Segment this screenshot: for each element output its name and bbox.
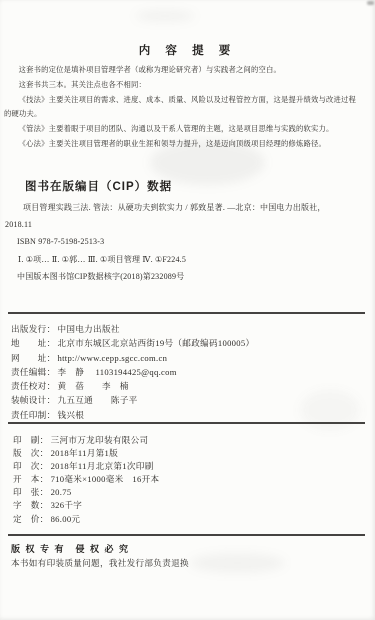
divider	[8, 422, 365, 424]
summary-paragraph: 《心法》主要关注项目管理者的职业生涯和领导力提升，这是迈向顶级项目经理的修炼路径…	[4, 137, 356, 152]
row-value: 86.00元	[51, 514, 81, 524]
row-label: 印 张：	[13, 487, 49, 497]
row-label: 责任印制：	[11, 410, 55, 420]
publisher-row: 责任编辑：李 静 1103194425@qq.com	[11, 365, 367, 379]
summary-paragraph: 《技法》主要关注项目的需求、进度、成本、质量、风险以及过程管控方面，这是提升绩效…	[4, 93, 356, 123]
row-label: 印 刷：	[13, 435, 49, 445]
summary-paragraph: 这套书的定位是填补项目管理学者（或称为理论研究者）与实践者之间的空白。	[4, 63, 356, 78]
row-value: 北京市东城区北京站西街19号（邮政编码100005）	[57, 338, 254, 348]
printing-row: 版 次：2018年11月第1版	[13, 447, 367, 460]
row-value: 中国电力出版社	[57, 324, 119, 334]
publisher-info-section: 出版发行：中国电力出版社 地 址：北京市东城区北京站西街19号（邮政编码1000…	[11, 322, 367, 422]
row-label: 版 次：	[13, 448, 49, 458]
printing-info-section: 印 刷：三河市万龙印装有限公司 版 次：2018年11月第1版 印 次：2018…	[13, 434, 367, 526]
content-summary-section: 这套书的定位是填补项目管理学者（或称为理论研究者）与实践者之间的空白。 这套书共…	[4, 63, 356, 152]
row-label: 字 数：	[13, 500, 49, 510]
row-value: 2018年11月第1版	[51, 448, 118, 458]
publisher-row: 责任校对：黄 蓓 李 楠	[11, 379, 367, 393]
cip-publication-year: 2018.11	[4, 216, 368, 233]
printing-row: 字 数：326千字	[13, 499, 367, 512]
row-label: 地 址：	[11, 338, 55, 348]
book-copyright-page: 内 容 提 要 这套书的定位是填补项目管理学者（或称为理论研究者）与实践者之间的…	[0, 0, 375, 620]
printing-row: 印 刷：三河市万龙印装有限公司	[13, 434, 367, 447]
row-label: 装帧设计：	[11, 395, 55, 405]
cip-classification-line: Ⅰ. ①项… Ⅱ. ①郭… Ⅲ. ①项目管理 Ⅳ. ①F224.5	[4, 251, 368, 268]
row-value: 钱兴根	[57, 410, 84, 420]
cip-record-number: 中国版本图书馆CIP数据核字(2018)第232089号	[4, 268, 368, 285]
scan-smudge	[135, 10, 195, 22]
cip-data-section: 项目管理实践三法. 管法：从硬功夫到软实力 / 郭致星著. —北京：中国电力出版…	[4, 199, 368, 285]
row-label: 定 价：	[13, 514, 49, 524]
copyright-notice: 版 权 专 有 侵 权 必 究	[11, 542, 130, 555]
row-value: 三河市万龙印装有限公司	[51, 435, 149, 445]
website-url: http://www.cepp.sgcc.com.cn	[57, 353, 167, 363]
cip-data-title: 图书在版编目（CIP）数据	[25, 178, 172, 194]
row-label: 开 本：	[13, 474, 49, 484]
printing-row: 印 次：2018年11月北京第1次印刷	[13, 460, 367, 473]
publisher-row: 责任印制：钱兴根	[11, 408, 367, 422]
quality-exchange-note: 本书如有印装质量问题，我社发行部负责退换	[11, 557, 189, 569]
publisher-row: 网 址：http://www.cepp.sgcc.com.cn	[11, 351, 367, 365]
row-value: 326千字	[51, 500, 83, 510]
publisher-row: 出版发行：中国电力出版社	[11, 322, 367, 336]
cip-bibliographic-line: 项目管理实践三法. 管法：从硬功夫到软实力 / 郭致星著. —北京：中国电力出版…	[4, 199, 368, 216]
row-value: 黄 蓓 李 楠	[57, 381, 128, 391]
publisher-row: 装帧设计：九五互通 陈子平	[11, 393, 367, 407]
printing-row: 定 价：86.00元	[13, 513, 367, 526]
divider	[8, 534, 365, 536]
row-label: 责任校对：	[11, 381, 55, 391]
printing-row: 开 本：710毫米×1000毫米 16开本	[13, 473, 367, 486]
publisher-row: 地 址：北京市东城区北京站西街19号（邮政编码100005）	[11, 336, 367, 350]
scan-show-through	[190, 553, 285, 573]
row-label: 印 次：	[13, 461, 49, 471]
isbn-number: ISBN 978-7-5198-2513-3	[4, 233, 368, 250]
row-value: 20.75	[51, 487, 72, 497]
summary-paragraph: 《管法》主要着眼于项目的团队、沟通以及干系人管理的主题，这是项目思维与实践的软实…	[4, 122, 356, 137]
row-label: 网 址：	[11, 353, 55, 363]
printing-row: 印 张：20.75	[13, 486, 367, 499]
row-value: 2018年11月北京第1次印刷	[51, 461, 154, 471]
summary-paragraph: 这套书共三本。其关注点也各不相同：	[4, 78, 356, 93]
row-value: 李 静 1103194425@qq.com	[57, 367, 176, 377]
row-value: 九五互通 陈子平	[57, 395, 137, 405]
row-label: 出版发行：	[11, 324, 55, 334]
content-summary-title: 内 容 提 要	[0, 42, 375, 58]
row-value: 710毫米×1000毫米 16开本	[51, 474, 160, 484]
divider	[8, 312, 365, 314]
row-label: 责任编辑：	[11, 367, 55, 377]
scan-edge-mark	[367, 1, 374, 5]
